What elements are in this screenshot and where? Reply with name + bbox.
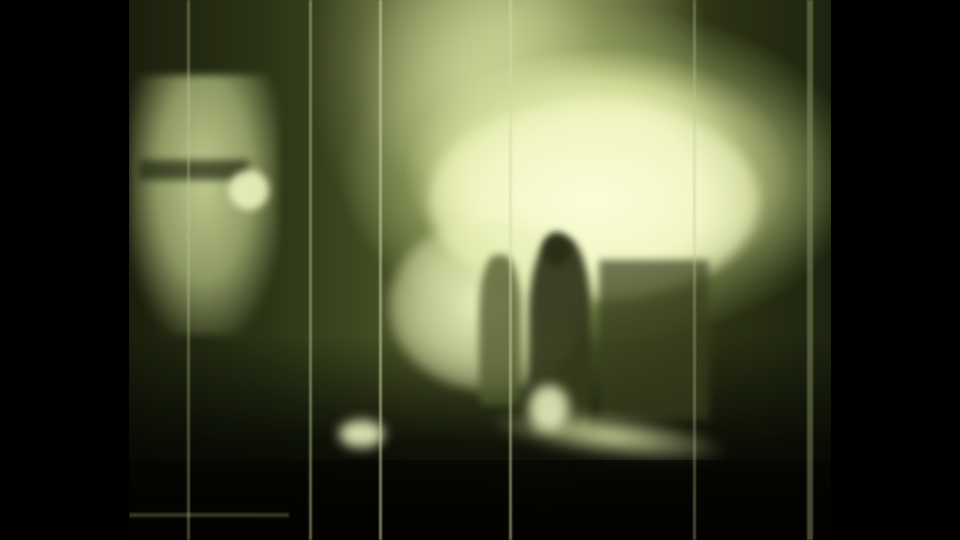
bottom-streak (129, 513, 289, 517)
center-figure-small (479, 255, 521, 405)
film-scratch (187, 0, 190, 540)
bottom-shadow (129, 460, 831, 540)
center-figure-head (543, 232, 571, 266)
floor-glare-spot (339, 420, 384, 448)
letterbox-left (0, 0, 129, 540)
left-figure-highlight (229, 170, 269, 210)
film-scratch (693, 0, 696, 540)
film-scratch (509, 0, 512, 540)
film-scratch (309, 0, 312, 540)
letterbox-right (831, 0, 960, 540)
film-scratch (807, 0, 813, 540)
video-frame (129, 0, 831, 540)
film-scratch (379, 0, 382, 540)
floor-glare-center (529, 385, 569, 430)
